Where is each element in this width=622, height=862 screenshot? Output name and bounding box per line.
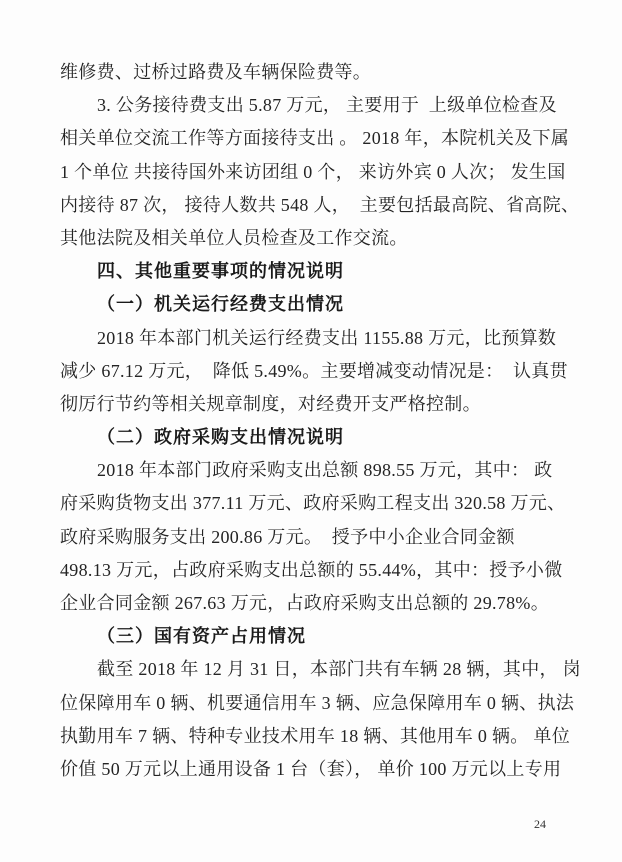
text-line: 企业合同金额 267.63 万元，占政府采购支出总额的 29.78%。 [60,587,562,620]
text-line: 498.13 万元，占政府采购支出总额的 55.44%，其中：授予小微 [60,554,562,587]
section-heading: （一）机关运行经费支出情况 [60,288,562,321]
section-heading: （二）政府采购支出情况说明 [60,421,562,454]
text-line: 彻厉行节约等相关规章制度，对经费开支严格控制。 [60,388,562,421]
page-number: 24 [534,817,546,832]
text-line: 其他法院及相关单位人员检查及工作交流。 [60,222,562,255]
text-line: 位保障用车 0 辆、机要通信用车 3 辆、应急保障用车 0 辆、执法 [60,687,562,720]
text-line: 2018 年本部门机关运行经费支出 1155.88 万元，比预算数 [60,322,562,355]
text-line: 府采购货物支出 377.11 万元、政府采购工程支出 320.58 万元、 [60,487,562,520]
text-line: 执勤用车 7 辆、特种专业技术用车 18 辆、其他用车 0 辆。 单位 [60,720,562,753]
section-heading: （三）国有资产占用情况 [60,620,562,653]
text-line: 2018 年本部门政府采购支出总额 898.55 万元，其中： 政 [60,454,562,487]
document-page: 维修费、过桥过路费及车辆保险费等。3. 公务接待费支出 5.87 万元， 主要用… [0,0,622,862]
text-line: 政府采购服务支出 200.86 万元。 授予中小企业合同金额 [60,521,562,554]
text-line: 维修费、过桥过路费及车辆保险费等。 [60,56,562,89]
text-line: 截至 2018 年 12 月 31 日，本部门共有车辆 28 辆，其中， 岗 [60,653,562,686]
section-heading: 四、其他重要事项的情况说明 [60,255,562,288]
text-line: 1 个单位 共接待国外来访团组 0 个， 来访外宾 0 人次； 发生国 [60,156,562,189]
text-line: 3. 公务接待费支出 5.87 万元， 主要用于 上级单位检查及 [60,89,562,122]
text-line: 价值 50 万元以上通用设备 1 台（套）， 单价 100 万元以上专用 [60,753,562,786]
text-line: 相关单位交流工作等方面接待支出 。 2018 年，本院机关及下属 [60,122,562,155]
text-line: 减少 67.12 万元， 降低 5.49%。主要增减变动情况是： 认真贯 [60,355,562,388]
text-line: 内接待 87 次， 接待人数共 548 人， 主要包括最高院、省高院、 [60,189,562,222]
document-body: 维修费、过桥过路费及车辆保险费等。3. 公务接待费支出 5.87 万元， 主要用… [60,56,562,786]
